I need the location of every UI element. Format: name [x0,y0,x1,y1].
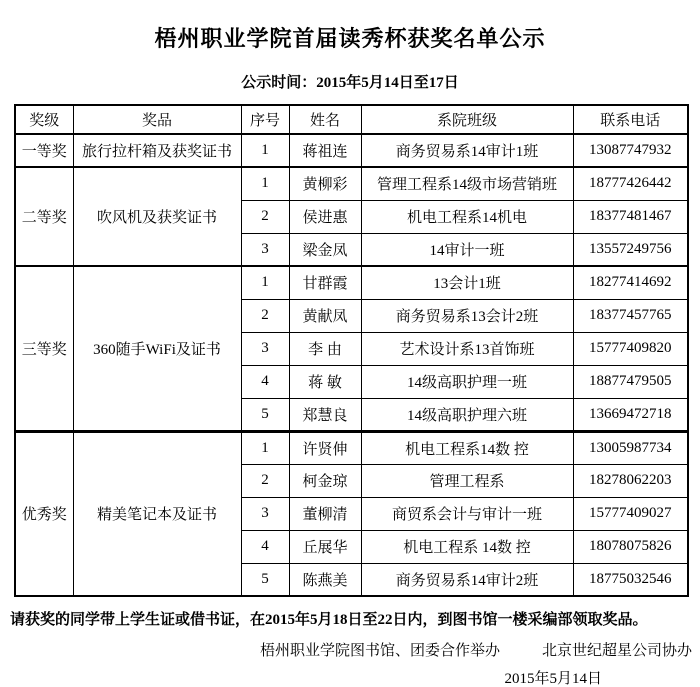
name-cell: 许贤伸 [289,431,361,464]
class-cell: 机电工程系14机电 [361,200,573,233]
table-row: 优秀奖精美笔记本及证书1许贤伸机电工程系14数 控13005987734 [15,431,688,464]
awards-table-header: 奖级 奖品 序号 姓名 系院班级 联系电话 [15,105,688,134]
class-cell: 机电工程系 14数 控 [361,530,573,563]
prize-cell: 精美笔记本及证书 [73,431,241,596]
award-level-cell: 优秀奖 [15,431,73,596]
prize-cell: 吹风机及获奖证书 [73,167,241,266]
phone-cell: 18277414692 [573,266,688,299]
name-cell: 李 由 [289,332,361,365]
claim-instructions: 请获奖的同学带上学生证或借书证，在2015年5月18日至22日内，到图书馆一楼采… [10,608,700,629]
serial-cell: 2 [241,299,289,332]
serial-cell: 5 [241,398,289,431]
class-cell: 14审计一班 [361,233,573,266]
publish-date: 2015年5月14日 [0,667,700,687]
name-cell: 黄献凤 [289,299,361,332]
serial-cell: 3 [241,332,289,365]
class-cell: 商务贸易系14审计2班 [361,563,573,596]
publicity-period: 公示时间：2015年5月14日至17日 [0,71,700,92]
phone-cell: 13087747932 [573,134,688,167]
class-cell: 艺术设计系13首饰班 [361,332,573,365]
phone-cell: 15777409820 [573,332,688,365]
serial-cell: 2 [241,464,289,497]
phone-cell: 18877479505 [573,365,688,398]
name-cell: 郑慧良 [289,398,361,431]
name-cell: 陈燕美 [289,563,361,596]
name-cell: 柯金琼 [289,464,361,497]
award-level-cell: 二等奖 [15,167,73,266]
awards-table: 奖级 奖品 序号 姓名 系院班级 联系电话 一等奖旅行拉杆箱及获奖证书1蒋祖连商… [14,104,689,597]
name-cell: 董柳清 [289,497,361,530]
award-level-cell: 三等奖 [15,266,73,431]
class-cell: 14级高职护理六班 [361,398,573,431]
serial-cell: 3 [241,497,289,530]
awards-table-body: 一等奖旅行拉杆箱及获奖证书1蒋祖连商务贸易系14审计1班13087747932二… [15,134,688,596]
name-cell: 丘展华 [289,530,361,563]
name-cell: 侯进惠 [289,200,361,233]
prize-cell: 旅行拉杆箱及获奖证书 [73,134,241,167]
class-cell: 商务贸易系14审计1班 [361,134,573,167]
name-cell: 甘群霞 [289,266,361,299]
class-cell: 商贸系会计与审计一班 [361,497,573,530]
header-serial: 序号 [241,105,289,134]
phone-cell: 18278062203 [573,464,688,497]
header-class: 系院班级 [361,105,573,134]
class-cell: 商务贸易系13会计2班 [361,299,573,332]
name-cell: 黄柳彩 [289,167,361,200]
page-title: 梧州职业学院首届读秀杯获奖名单公示 [0,22,700,53]
serial-cell: 2 [241,200,289,233]
organizer: 梧州职业学院图书馆、团委合作举办 [260,643,500,659]
class-cell: 14级高职护理一班 [361,365,573,398]
phone-cell: 18377481467 [573,200,688,233]
serial-cell: 1 [241,134,289,167]
table-row: 一等奖旅行拉杆箱及获奖证书1蒋祖连商务贸易系14审计1班13087747932 [15,134,688,167]
table-row: 二等奖吹风机及获奖证书1黄柳彩管理工程系14级市场营销班18777426442 [15,167,688,200]
serial-cell: 4 [241,530,289,563]
header-prize: 奖品 [73,105,241,134]
serial-cell: 5 [241,563,289,596]
serial-cell: 1 [241,167,289,200]
header-award-level: 奖级 [15,105,73,134]
header-row: 奖级 奖品 序号 姓名 系院班级 联系电话 [15,105,688,134]
phone-cell: 13005987734 [573,431,688,464]
prize-cell: 360随手WiFi及证书 [73,266,241,431]
header-phone: 联系电话 [573,105,688,134]
phone-cell: 13669472718 [573,398,688,431]
class-cell: 13会计1班 [361,266,573,299]
phone-cell: 18377457765 [573,299,688,332]
phone-cell: 18078075826 [573,530,688,563]
phone-cell: 13557249756 [573,233,688,266]
serial-cell: 3 [241,233,289,266]
serial-cell: 4 [241,365,289,398]
name-cell: 蒋祖连 [289,134,361,167]
notice-document: 梧州职业学院首届读秀杯获奖名单公示 公示时间：2015年5月14日至17日 奖级… [0,0,700,687]
class-cell: 管理工程系 [361,464,573,497]
organizer-line: 梧州职业学院图书馆、团委合作举办北京世纪超星公司协办 [0,639,700,660]
phone-cell: 18777426442 [573,167,688,200]
award-level-cell: 一等奖 [15,134,73,167]
phone-cell: 18775032546 [573,563,688,596]
co-organizer: 北京世纪超星公司协办 [542,643,692,659]
serial-cell: 1 [241,431,289,464]
name-cell: 梁金凤 [289,233,361,266]
name-cell: 蒋 敏 [289,365,361,398]
class-cell: 管理工程系14级市场营销班 [361,167,573,200]
class-cell: 机电工程系14数 控 [361,431,573,464]
header-name: 姓名 [289,105,361,134]
table-row: 三等奖360随手WiFi及证书1甘群霞13会计1班18277414692 [15,266,688,299]
serial-cell: 1 [241,266,289,299]
phone-cell: 15777409027 [573,497,688,530]
